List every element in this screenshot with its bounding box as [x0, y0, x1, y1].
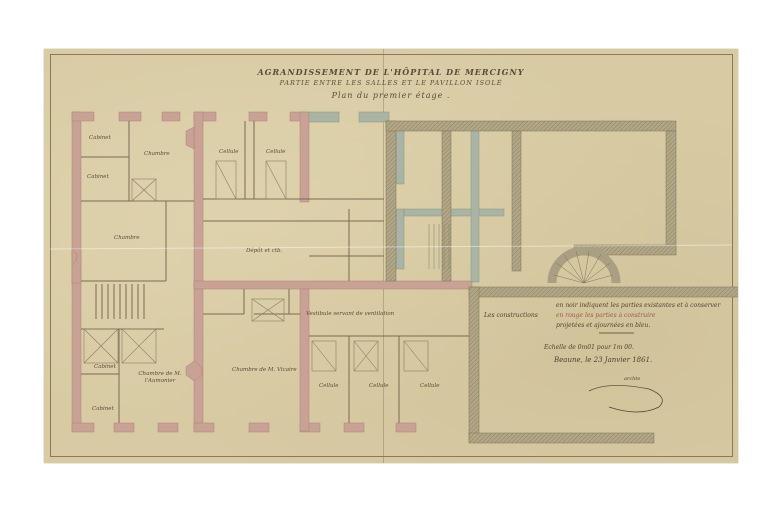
room-label-depot: Dépôt et ctb.: [246, 248, 282, 254]
legend-line-2: en rouge les parties à construire: [556, 312, 655, 319]
drawing-sheet: AGRANDISSEMENT DE L'HÔPITAL DE MERCIGNY …: [44, 49, 738, 463]
scale-note: Echelle de 0m01 pour 1m 00.: [544, 344, 634, 351]
cross-markers: [84, 161, 428, 371]
room-label-cellule-2: Cellule: [369, 383, 389, 389]
room-label-cabinet-2: Cabinet: [87, 174, 109, 180]
signature-flourish: [589, 385, 662, 412]
place-date: Beaune, le 23 Janvier 1861.: [554, 356, 652, 364]
room-label-chambre-vicaire: Chambre de M. Vicaire: [232, 367, 297, 373]
room-label-chambre-2: Chambre: [114, 235, 140, 241]
room-label-cabinet-1: Cabinet: [89, 135, 111, 141]
room-label-cellule-top-2: Cellule: [266, 149, 286, 155]
room-label-chambre-1: Chambre: [144, 151, 170, 157]
spiral-stair: [552, 251, 616, 283]
legend-lead: Les constructions: [484, 312, 538, 319]
room-label-cellule-1: Cellule: [319, 383, 339, 389]
floor-plan: [44, 49, 738, 463]
room-label-cabinet-3: Cabinet: [94, 364, 116, 370]
room-label-cellule-top-1: Cellule: [219, 149, 239, 155]
signature-sub: archte: [624, 376, 640, 382]
legend-line-3: projetées et ajournées en bleu.: [556, 322, 650, 329]
room-label-vestibule: Vestibule servant de ventilation: [306, 311, 394, 317]
room-label-chambre-aumonier: Chambre de M. l'Aumonier: [130, 371, 190, 385]
legend-line-1: en noir indiquent les parties existantes…: [556, 302, 720, 309]
room-label-cabinet-4: Cabinet: [92, 406, 114, 412]
room-label-cellule-3: Cellule: [420, 383, 440, 389]
fireplaces: [72, 127, 202, 381]
